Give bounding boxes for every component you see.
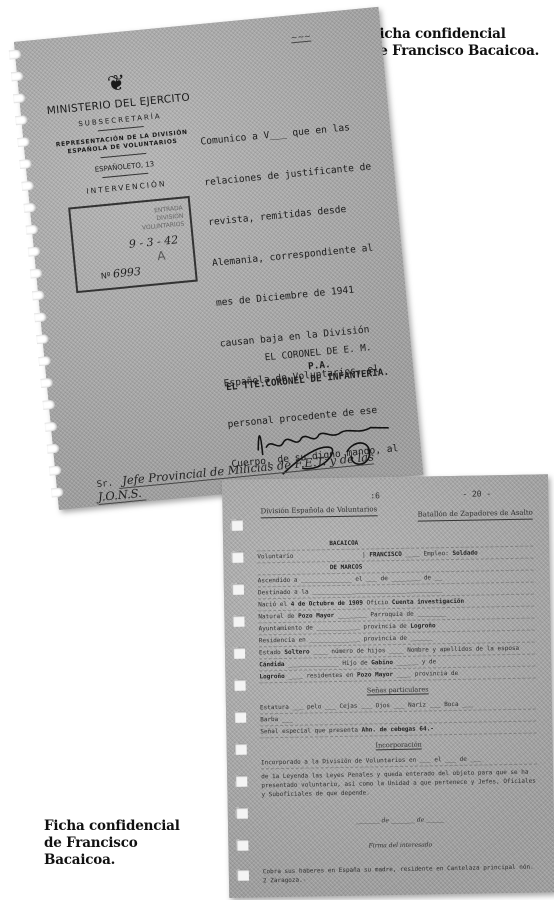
body-line: Comunico a V___ que en las bbox=[200, 118, 380, 149]
header-battalion: Batallón de Zapadores de Asalto bbox=[418, 509, 533, 522]
top-handwritten-mark: ~~~ bbox=[290, 32, 311, 44]
representation: REPRESENTACIÓN DE LA DIVISIÓN ESPAÑOLA D… bbox=[42, 127, 203, 158]
body-line: mes de Diciembre de 1941 bbox=[215, 280, 395, 311]
caption-line: Ficha confidencial bbox=[370, 26, 539, 43]
corner-mark: :6 bbox=[370, 491, 380, 500]
stamp-number: Nº 6993 bbox=[100, 265, 141, 282]
document-volunteer-record: :6 - 20 - División Española de Voluntari… bbox=[222, 474, 554, 898]
caption-line: Bacaicoa. bbox=[44, 852, 180, 869]
stamp-letter: A bbox=[157, 249, 167, 264]
incorporation-paragraph: de 1a Leyenda las Leyes Penales y queda … bbox=[261, 768, 537, 800]
page-number: - 20 - bbox=[462, 489, 491, 499]
caption-line: Ficha confidencial bbox=[44, 818, 180, 835]
caption-bottom: Ficha confidencial de Francisco Bacaicoa… bbox=[44, 818, 180, 869]
section-marks-title: Señas particulares bbox=[260, 683, 536, 699]
form-row: Incorporado a la División de Voluntarios… bbox=[261, 753, 537, 770]
body-line: Alemania, correspondiente al bbox=[211, 239, 391, 270]
header-division: División Española de Voluntarios bbox=[260, 505, 377, 518]
payment-note: Cobra sus haberes en España su madre, re… bbox=[263, 863, 539, 886]
caption-top: Ficha confidencial de Francisco Bacaicoa… bbox=[370, 26, 539, 60]
caption-line: de Francisco bbox=[44, 835, 180, 852]
record-form: BACAICOA Voluntario | FRANCISCO ____ Emp… bbox=[257, 535, 539, 886]
body-line: revista, remitidas desde bbox=[208, 199, 388, 230]
body-line: relaciones de justificante de bbox=[204, 159, 384, 190]
signature-line: ________ de ________ de ______ bbox=[262, 813, 538, 829]
stamp-date: 9 - 3 - 42 bbox=[128, 233, 178, 251]
letterhead: ❦ MINISTERIO DEL EJERCITO SUBSECRETARÍA … bbox=[36, 65, 207, 200]
signature-label: Firma del interesado bbox=[262, 838, 538, 854]
section-incorporation-title: Incorporación bbox=[261, 738, 537, 754]
registry-stamp: ENTRADA DIVISIÓN VOLUNTARIOS 9 - 3 - 42 … bbox=[68, 196, 198, 293]
caption-line: de Francisco Bacaicoa. bbox=[370, 43, 539, 60]
document-official-letter: ~~~ ❦ MINISTERIO DEL EJERCITO SUBSECRETA… bbox=[14, 7, 423, 510]
